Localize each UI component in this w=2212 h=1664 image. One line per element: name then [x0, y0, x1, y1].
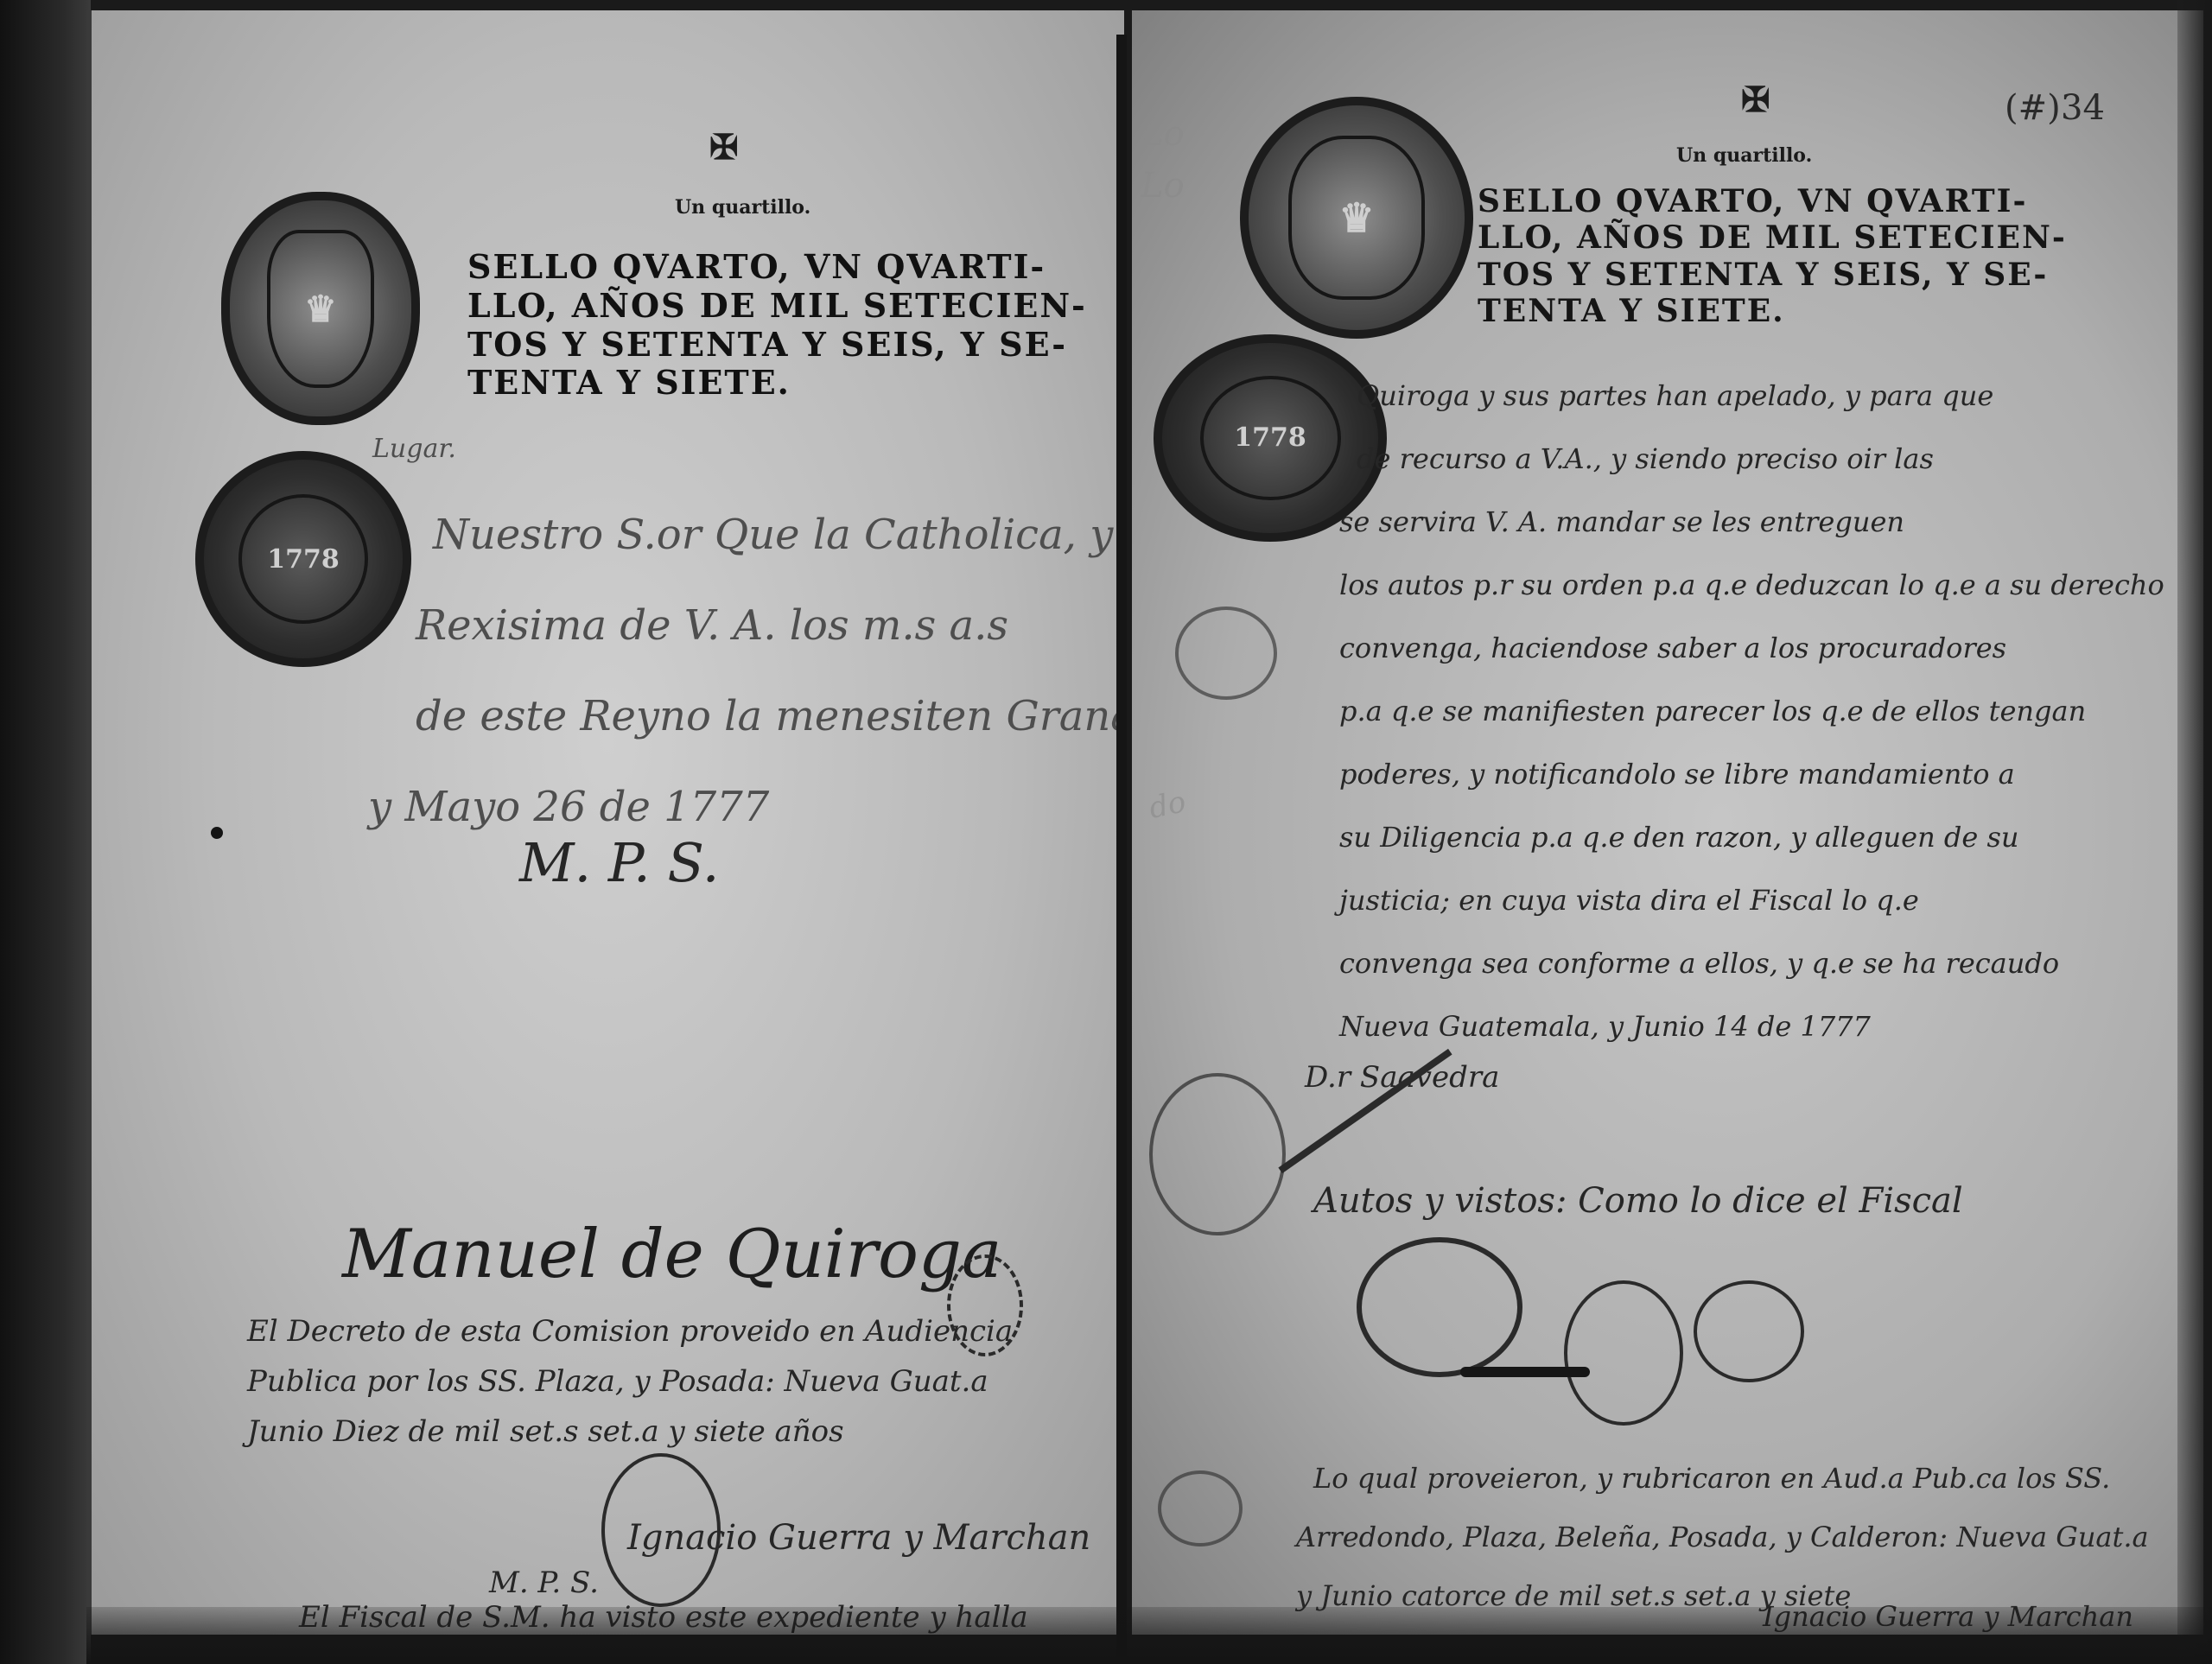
folio-crossed-out: (#) — [2005, 88, 2061, 128]
gutter-divider — [1116, 35, 1127, 1659]
ruling-line: Autos y vistos: Como lo dice el Fiscal — [1313, 1181, 1963, 1221]
right-page: (#) 34 ✠ Un quartillo. Lo Lo ♛ SELLO QVA… — [1132, 10, 2203, 1635]
printed-stamp-header: SELLO QVARTO, VN QVARTI- LLO, AÑOS DE MI… — [467, 248, 1087, 403]
bleed-through-text: Lo — [1141, 114, 1185, 154]
bleed-rubric-icon — [1175, 607, 1277, 700]
body-line: Nueva Guatemala, y Junio 14 de 1777 — [1339, 995, 2164, 1058]
left-page: ✠ Un quartillo. ♛ SELLO QVARTO, VN QVART… — [86, 10, 1124, 1635]
body-line: los autos p.r su orden p.a q.e deduzcan … — [1339, 554, 2164, 617]
decree-text: El Decreto de esta Comision proveido en … — [247, 1306, 1013, 1457]
decree-line: Publica por los SS. Plaza, y Posada: Nue… — [247, 1356, 1013, 1407]
body-line: se servira V. A. mandar se les entreguen — [1339, 491, 2164, 554]
royal-seal-stamp: ♛ — [1240, 97, 1473, 339]
bleed-rubric-icon — [1158, 1470, 1243, 1547]
rubric-scribble-icon — [1357, 1237, 1522, 1377]
crown-shield-icon: ♛ — [267, 230, 374, 388]
body-text: Quiroga y sus partes han apelado, y para… — [1357, 365, 2164, 1058]
closing-line: Arredondo, Plaza, Beleña, Posada, y Cald… — [1296, 1508, 2149, 1566]
closing-text: Lo qual proveieron, y rubricaron en Aud.… — [1313, 1449, 2149, 1625]
page-edge-shadow — [2177, 0, 2212, 1664]
printed-header-line: TENTA Y SIETE. — [467, 364, 1087, 403]
petition-text: Nuestro S.or Que la Catholica, y Rexisim… — [433, 490, 1124, 853]
rubric-loop-icon — [1149, 1073, 1286, 1235]
printed-header-line: LLO, AÑOS DE MIL SETECIEN- — [467, 287, 1087, 326]
printed-header-line: SELLO QVARTO, VN QVARTI- — [1478, 183, 2067, 219]
body-line: de recurso a V.A., y siendo preciso oir … — [1357, 428, 2164, 491]
body-line: poderes, y notificandolo se libre mandam… — [1339, 743, 2164, 806]
body-line: su Diligencia p.a q.e den razon, y alleg… — [1339, 806, 2164, 869]
body-line: Quiroga y sus partes han apelado, y para… — [1357, 365, 2164, 428]
crown-shield-icon: ♛ — [1288, 136, 1425, 300]
signature-saavedra: D.r Saavedra — [1305, 1060, 1499, 1095]
folio-number: 34 — [2061, 88, 2105, 128]
initials-mps-lower: M. P. S. — [489, 1566, 599, 1600]
decree-line: El Decreto de esta Comision proveido en … — [247, 1306, 1013, 1356]
printed-header-line: TOS Y SETENTA Y SEIS, Y SE- — [467, 326, 1087, 365]
resello-stamp-digits: 1778 — [1200, 376, 1341, 500]
initials-mps: M. P. S. — [519, 831, 719, 894]
ink-dot — [211, 827, 223, 839]
resello-stamp: 1778 — [195, 451, 411, 667]
rubric-loop-icon — [1564, 1280, 1683, 1426]
closing-line: Lo qual proveieron, y rubricaron en Aud.… — [1313, 1449, 2149, 1508]
printed-stamp-header: SELLO QVARTO, VN QVARTI- LLO, AÑOS DE MI… — [1478, 183, 2067, 330]
cross-mark-icon: ✠ — [709, 127, 739, 168]
document-spread: ✠ Un quartillo. ♛ SELLO QVARTO, VN QVART… — [0, 0, 2212, 1664]
decree-line: Junio Diez de mil set.s set.a y siete añ… — [247, 1407, 1013, 1457]
body-line: p.a q.e se manifiesten parecer los q.e d… — [1339, 680, 2164, 743]
petition-line: Rexisima de V. A. los m.s a.s — [416, 581, 1124, 671]
printed-header-line: TOS Y SETENTA Y SEIS, Y SE- — [1478, 257, 2067, 293]
signature-manuel-de-quiroga: Manuel de Quiroga — [342, 1216, 1001, 1293]
bleed-through-text: Lo — [1141, 166, 1185, 206]
printed-header-line: LLO, AÑOS DE MIL SETECIEN- — [1478, 219, 2067, 256]
printed-header-line: TENTA Y SIETE. — [1478, 293, 2067, 329]
royal-seal-stamp: ♛ — [221, 192, 420, 425]
stamp-denomination: Un quartillo. — [1676, 144, 1812, 167]
place-word: Lugar. — [372, 434, 456, 464]
signature-flourish-stroke — [1460, 1367, 1590, 1377]
cross-mark-icon: ✠ — [1741, 79, 1770, 120]
petition-line: Nuestro S.or Que la Catholica, y — [433, 490, 1124, 581]
body-line: convenga, haciendose saber a los procura… — [1339, 617, 2164, 680]
body-line: justicia; en cuya vista dira el Fiscal l… — [1339, 869, 2164, 932]
bleed-through-text: do — [1146, 784, 1189, 826]
printed-header-line: SELLO QVARTO, VN QVARTI- — [467, 248, 1087, 287]
petition-line: de este Reyno la menesiten Granada — [416, 671, 1124, 762]
resello-stamp-digits: 1778 — [238, 494, 369, 625]
body-line: convenga sea conforme a ellos, y q.e se … — [1339, 932, 2164, 995]
bottom-edge-shadow — [86, 1607, 2212, 1664]
rubric-loop-icon — [1694, 1280, 1804, 1382]
binding-edge — [0, 0, 91, 1664]
rubric-loop-icon — [601, 1453, 721, 1607]
stamp-denomination: Un quartillo. — [675, 196, 810, 219]
petition-line: y Mayo 26 de 1777 — [368, 762, 1124, 853]
